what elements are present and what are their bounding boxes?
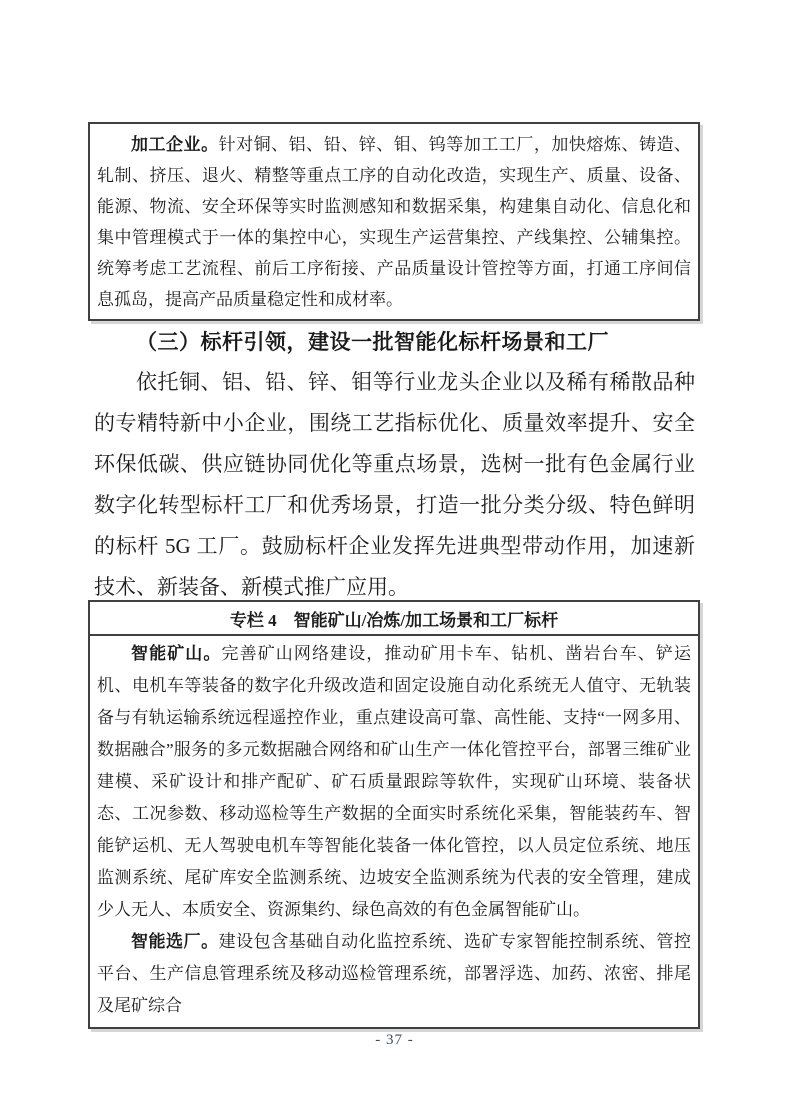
smart-mine-paragraph: 智能矿山。完善矿山网络建设，推动矿用卡车、钻机、凿岩台车、铲运机、电机车等装备的… — [97, 638, 691, 926]
processing-enterprise-box: 加工企业。针对铜、铝、铅、锌、钼、钨等加工工厂，加快熔炼、铸造、轧制、挤压、退火… — [88, 122, 700, 321]
column-4-content: 智能矿山。完善矿山网络建设，推动矿用卡车、钻机、凿岩台车、铲运机、电机车等装备的… — [90, 636, 698, 1027]
section-heading: （三）标杆引领，建设一批智能化标杆场景和工厂 — [94, 327, 695, 358]
page-number: - 37 - — [0, 1032, 789, 1049]
smart-plant-paragraph: 智能选厂。建设包含基础自动化监控系统、选矿专家智能控制系统、管控平台、生产信息管… — [97, 926, 691, 1022]
document-page: 加工企业。针对铜、铝、铅、锌、钼、钨等加工工厂，加快熔炼、铸造、轧制、挤压、退火… — [0, 0, 789, 1114]
smart-plant-lead: 智能选厂。 — [131, 932, 219, 951]
processing-enterprise-paragraph: 加工企业。针对铜、铝、铅、锌、钼、钨等加工工厂，加快熔炼、铸造、轧制、挤压、退火… — [97, 129, 691, 315]
section-paragraph: 依托铜、铝、铅、锌、钼等行业龙头企业以及稀有稀散品种的专精特新中小企业，围绕工艺… — [94, 362, 695, 608]
column-4-title: 专栏 4 智能矿山/冶炼/加工场景和工厂标杆 — [90, 602, 698, 636]
smart-mine-text: 完善矿山网络建设，推动矿用卡车、钻机、凿岩台车、铲运机、电机车等装备的数字化升级… — [97, 644, 691, 919]
column-4-box: 专栏 4 智能矿山/冶炼/加工场景和工厂标杆 智能矿山。完善矿山网络建设，推动矿… — [88, 600, 700, 1029]
processing-enterprise-lead: 加工企业。 — [131, 135, 219, 154]
processing-enterprise-text: 针对铜、铝、铅、锌、钼、钨等加工工厂，加快熔炼、铸造、轧制、挤压、退火、精整等重… — [97, 135, 691, 309]
smart-mine-lead: 智能矿山。 — [131, 644, 222, 663]
